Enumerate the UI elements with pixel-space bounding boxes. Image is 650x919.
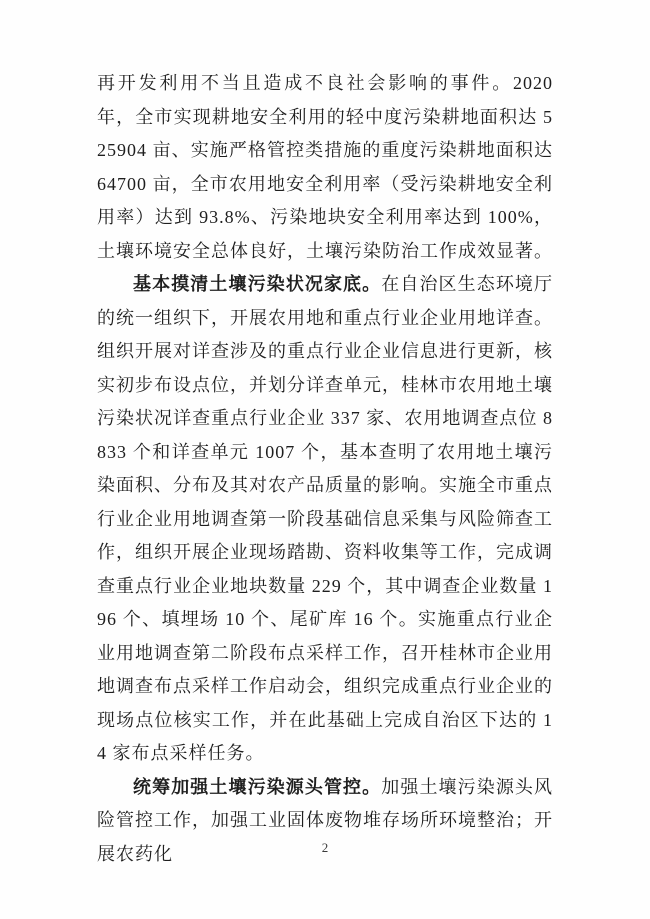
paragraph-lead: 统筹加强土壤污染源头管控。 xyxy=(133,777,381,797)
paragraph: 基本摸清土壤污染状况家底。在自治区生态环境厅的统一组织下，开展农用地和重点行业企… xyxy=(97,268,553,771)
page-number: 2 xyxy=(0,840,650,856)
paragraph-lead: 基本摸清土壤污染状况家底。 xyxy=(133,274,381,294)
paragraph: 再开发利用不当且造成不良社会影响的事件。2020 年，全市实现耕地安全利用的轻中… xyxy=(97,67,553,268)
paragraph-text: 再开发利用不当且造成不良社会影响的事件。2020 年，全市实现耕地安全利用的轻中… xyxy=(97,73,553,261)
document-text-block: 再开发利用不当且造成不良社会影响的事件。2020 年，全市实现耕地安全利用的轻中… xyxy=(97,67,553,871)
document-page: 再开发利用不当且造成不良社会影响的事件。2020 年，全市实现耕地安全利用的轻中… xyxy=(0,0,650,919)
paragraph-text: 在自治区生态环境厅的统一组织下，开展农用地和重点行业企业用地详查。组织开展对详查… xyxy=(97,274,553,763)
